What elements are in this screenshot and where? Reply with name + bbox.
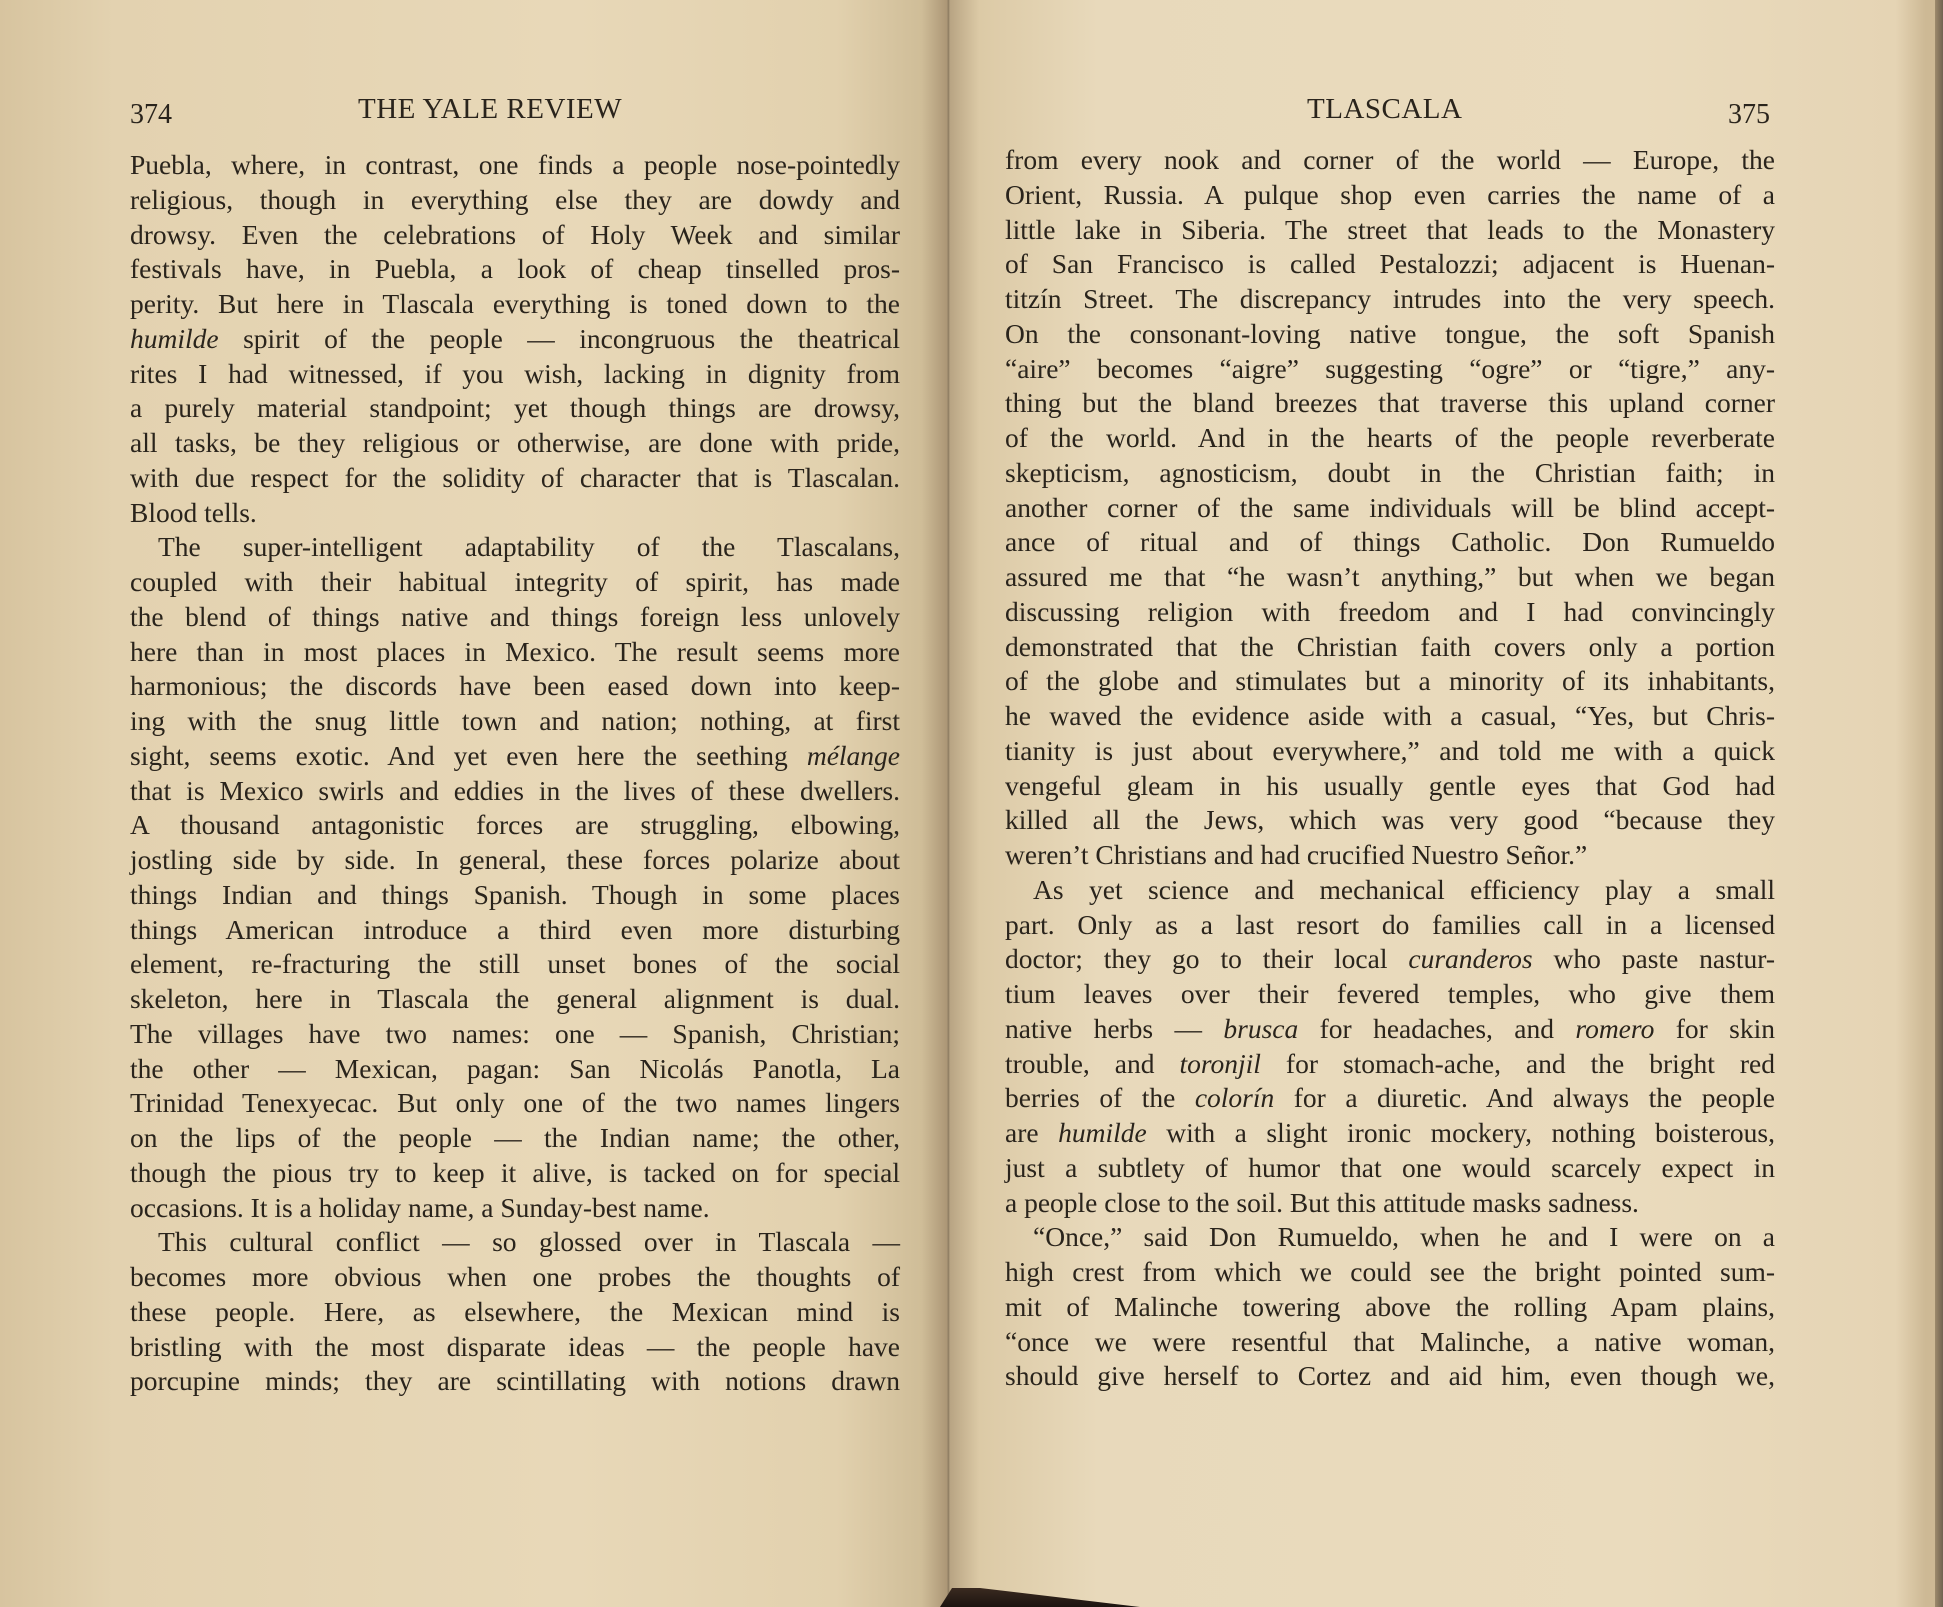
running-head: TLASCALA [1307, 93, 1462, 126]
text-line: rites I had witnessed, if you wish, lack… [130, 357, 900, 392]
text-line: As yet science and mechanical efficiency… [1005, 873, 1775, 908]
text-line: bristling with the most disparate ideas … [130, 1330, 900, 1365]
text-line: harmonious; the discords have been eased… [130, 669, 900, 704]
right-page: TLASCALA 375 from every nook and corner … [950, 0, 1935, 1607]
text-line: on the lips of the people — the Indian n… [130, 1121, 900, 1156]
text-line: a people close to the soil. But this att… [1005, 1186, 1775, 1221]
book-spread: 374 THE YALE REVIEW Puebla, where, in co… [0, 0, 1943, 1607]
text-line: Blood tells. [130, 496, 900, 531]
text-line: berries of the colorín for a diuretic. A… [1005, 1081, 1775, 1116]
text-line: from every nook and corner of the world … [1005, 143, 1775, 178]
text-line: of the globe and stimulates but a minori… [1005, 664, 1775, 699]
text-line: should give herself to Cortez and aid hi… [1005, 1359, 1775, 1394]
text-line: festivals have, in Puebla, a look of che… [130, 252, 900, 287]
text-line: religious, though in everything else the… [130, 183, 900, 218]
text-line: little lake in Siberia. The street that … [1005, 213, 1775, 248]
text-line: a purely material standpoint; yet though… [130, 391, 900, 426]
text-line: here than in most places in Mexico. The … [130, 635, 900, 670]
text-line: doctor; they go to their local curandero… [1005, 942, 1775, 977]
text-line: the blend of things native and things fo… [130, 600, 900, 635]
text-line: he waved the evidence aside with a casua… [1005, 699, 1775, 734]
text-line: mit of Malinche towering above the rolli… [1005, 1290, 1775, 1325]
text-line: Orient, Russia. A pulque shop even carri… [1005, 178, 1775, 213]
text-line: A thousand antagonistic forces are strug… [130, 808, 900, 843]
text-line: humilde spirit of the people — incongruo… [130, 322, 900, 357]
text-line: tianity is just about everywhere,” and t… [1005, 734, 1775, 769]
text-line: with due respect for the solidity of cha… [130, 461, 900, 496]
running-head: THE YALE REVIEW [358, 93, 622, 126]
body-text: Puebla, where, in contrast, one finds a … [130, 148, 900, 1399]
left-page: 374 THE YALE REVIEW Puebla, where, in co… [0, 0, 950, 1607]
text-line: these people. Here, as elsewhere, the Me… [130, 1295, 900, 1330]
text-line: weren’t Christians and had crucified Nue… [1005, 838, 1775, 873]
text-line: becomes more obvious when one probes the… [130, 1260, 900, 1295]
text-line: The super-intelligent adaptability of th… [130, 530, 900, 565]
text-line: element, re-fracturing the still unset b… [130, 947, 900, 982]
text-line: “once we were resentful that Malinche, a… [1005, 1325, 1775, 1360]
text-line: part. Only as a last resort do families … [1005, 908, 1775, 943]
text-line: occasions. It is a holiday name, a Sunda… [130, 1191, 900, 1226]
text-line: trouble, and toronjil for stomach-ache, … [1005, 1047, 1775, 1082]
text-line: drowsy. Even the celebrations of Holy We… [130, 218, 900, 253]
page-number: 375 [1728, 99, 1770, 131]
text-line: another corner of the same individuals w… [1005, 491, 1775, 526]
text-line: porcupine minds; they are scintillating … [130, 1364, 900, 1399]
text-line: On the consonant-loving native tongue, t… [1005, 317, 1775, 352]
text-line: coupled with their habitual integrity of… [130, 565, 900, 600]
text-line: native herbs — brusca for headaches, and… [1005, 1012, 1775, 1047]
text-line: perity. But here in Tlascala everything … [130, 287, 900, 322]
text-line: the other — Mexican, pagan: San Nicolás … [130, 1052, 900, 1087]
text-line: ance of ritual and of things Catholic. D… [1005, 525, 1775, 560]
text-line: all tasks, be they religious or otherwis… [130, 426, 900, 461]
text-line: assured me that “he wasn’t anything,” bu… [1005, 560, 1775, 595]
text-line: sight, seems exotic. And yet even here t… [130, 739, 900, 774]
text-line: This cultural conflict — so glossed over… [130, 1225, 900, 1260]
text-line: skeleton, here in Tlascala the general a… [130, 982, 900, 1017]
text-line: ing with the snug little town and nation… [130, 704, 900, 739]
page-number: 374 [130, 99, 172, 131]
text-line: vengeful gleam in his usually gentle eye… [1005, 769, 1775, 804]
text-line: Trinidad Tenexyecac. But only one of the… [130, 1086, 900, 1121]
text-line: things American introduce a third even m… [130, 913, 900, 948]
body-text: from every nook and corner of the world … [1005, 143, 1775, 1394]
text-line: titzín Street. The discrepancy intrudes … [1005, 282, 1775, 317]
text-line: discussing religion with freedom and I h… [1005, 595, 1775, 630]
text-line: demonstrated that the Christian faith co… [1005, 630, 1775, 665]
text-line: though the pious try to keep it alive, i… [130, 1156, 900, 1191]
text-line: tium leaves over their fevered temples, … [1005, 977, 1775, 1012]
page-edge [1935, 0, 1943, 1607]
text-line: Puebla, where, in contrast, one finds a … [130, 148, 900, 183]
text-line: skepticism, agnosticism, doubt in the Ch… [1005, 456, 1775, 491]
text-line: “Once,” said Don Rumueldo, when he and I… [1005, 1220, 1775, 1255]
text-line: things Indian and things Spanish. Though… [130, 878, 900, 913]
text-line: are humilde with a slight ironic mockery… [1005, 1116, 1775, 1151]
text-line: “aire” becomes “aigre” suggesting “ogre”… [1005, 352, 1775, 387]
text-line: killed all the Jews, which was very good… [1005, 803, 1775, 838]
text-line: The villages have two names: one — Spani… [130, 1017, 900, 1052]
text-line: jostling side by side. In general, these… [130, 843, 900, 878]
text-line: high crest from which we could see the b… [1005, 1255, 1775, 1290]
text-line: of the world. And in the hearts of the p… [1005, 421, 1775, 456]
text-line: thing but the bland breezes that travers… [1005, 386, 1775, 421]
text-line: just a subtlety of humor that one would … [1005, 1151, 1775, 1186]
text-line: that is Mexico swirls and eddies in the … [130, 774, 900, 809]
text-line: of San Francisco is called Pestalozzi; a… [1005, 247, 1775, 282]
